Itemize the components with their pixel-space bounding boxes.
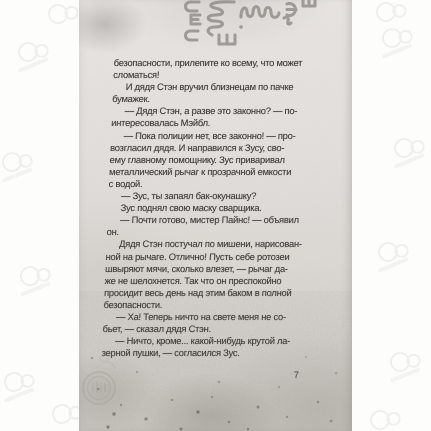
text-line: Зус поднял свою маску сварщика. xyxy=(107,202,291,214)
text-line: сломаться! xyxy=(113,69,297,81)
text-line: металлический рычаг к прозрачной емкости xyxy=(109,166,293,178)
dust-speckles xyxy=(79,0,81,2)
text-line: безопасности, прилепите ко всему, что мо… xyxy=(113,57,297,69)
text-line: интересовалась Мэйбл. xyxy=(111,117,295,129)
text-line: — Почти готово, мистер Пайнс! — объявил xyxy=(107,214,291,226)
scan-viewport: безопасности, прилепите ко всему, что мо… xyxy=(0,0,431,431)
text-line: — Пока полиции нет, все законно! — про- xyxy=(110,130,294,142)
text-line: — Ничто, кроме... какой-нибудь крутой ла… xyxy=(102,335,286,347)
text-line: — Дядя Стэн, а разве это законно? — по- xyxy=(111,105,295,117)
text-line: он. xyxy=(106,226,290,238)
round-stamp-icon xyxy=(79,356,147,426)
text-line: швыряют мячи, сколько влезет, — рычаг да… xyxy=(105,263,289,275)
text-line: — Зус, ты запаял бак-окунашку? xyxy=(108,190,292,202)
text-line: — Ха! Теперь ничто на свете меня не со- xyxy=(103,311,287,323)
page-number: 7 xyxy=(285,370,299,381)
body-text: безопасности, прилепите ко всему, что мо… xyxy=(101,57,297,359)
text-line: бьет, — сказал дядя Стэн. xyxy=(102,323,286,335)
text-line: ему главному помощнику. Зус приваривал xyxy=(109,154,293,166)
text-line: с водой. xyxy=(108,178,292,190)
text-line: бумажек. xyxy=(112,93,296,105)
text-line: ной на рычаге. Отлично! Пусть себе ротоз… xyxy=(105,251,289,263)
text-line: возгласил дядя. И направился к Зусу, сво… xyxy=(110,142,294,154)
book-page: безопасности, прилепите ко всему, что мо… xyxy=(79,0,352,431)
text-line: И дядя Стэн вручил близнецам по пачке xyxy=(112,81,296,93)
text-line: же не шелохнется. Так что он преспокойно xyxy=(104,275,288,287)
scribble-doodle-icon xyxy=(179,0,319,48)
text-line: безопасности. xyxy=(103,299,287,311)
text-line: просидит весь день над этим баком в полн… xyxy=(104,287,288,299)
text-line: Дядя Стэн постучал по мишени, нарисован- xyxy=(106,238,290,250)
